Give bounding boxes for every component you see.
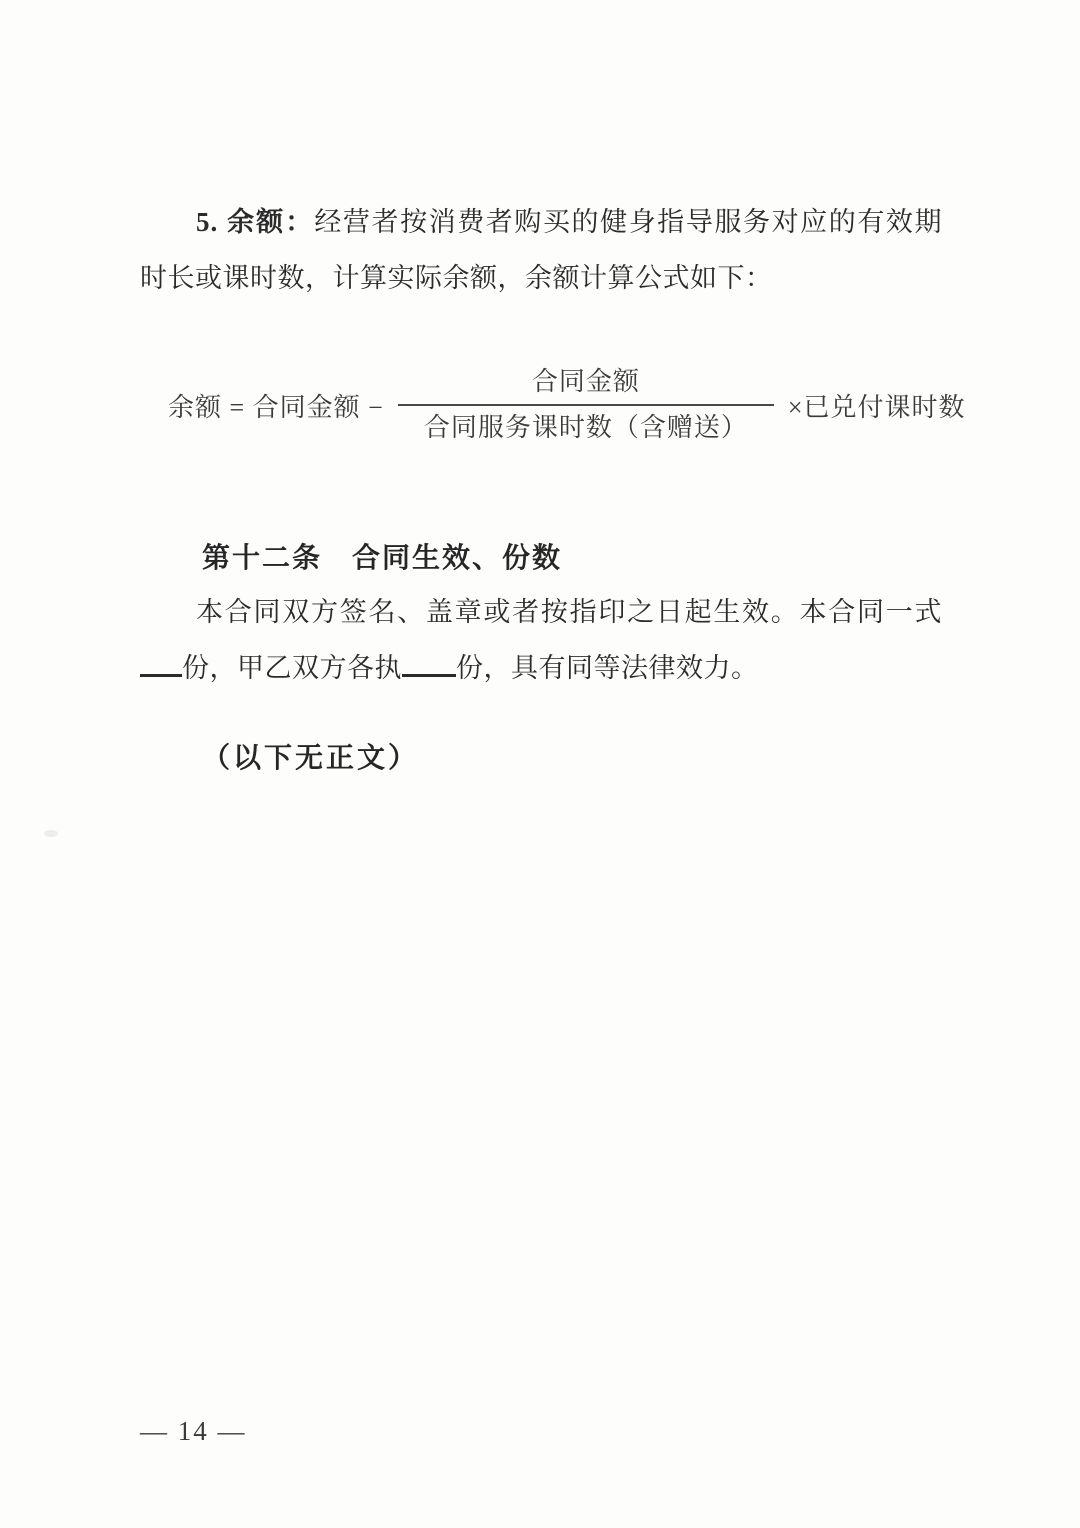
formula-fraction: 合同金额 合同服务课时数（含赠送） [398,360,774,450]
scan-artifact [44,830,58,837]
article-12-sentence-part-2: 份，甲乙双方各执 [182,653,402,683]
article-12-sentence-part-3: 份，具有同等法律效力。 [456,653,759,683]
blank-line-total-copies [140,653,182,677]
document-page: 5. 余额：经营者按消费者购买的健身指导服务对应的有效期时长或课时数，计算实际余… [0,0,1080,1528]
formula-numerator: 合同金额 [506,360,666,404]
page-number: — 14 — [140,1416,247,1446]
balance-term-label: 5. 余额： [196,207,314,237]
formula-denominator: 合同服务课时数（含赠送） [398,406,774,450]
balance-formula: 余额 = 合同金额 − 合同金额 合同服务课时数（含赠送） ×已兑付课时数 [140,360,942,450]
paragraph-balance-definition: 5. 余额：经营者按消费者购买的健身指导服务对应的有效期时长或课时数，计算实际余… [140,194,942,306]
closing-note: （以下无正文） [140,738,942,780]
article-12-heading: 第十二条 合同生效、份数 [140,538,942,580]
page-footer: — 14 — [140,1410,247,1452]
formula-right-side: ×已兑付课时数 [788,387,966,424]
blank-line-copies-each-party [402,653,456,677]
formula-left-side: 余额 = 合同金额 − [168,387,384,424]
article-12-sentence-part-1: 本合同双方签名、盖章或者按指印之日起生效。本合同一式 [196,597,942,627]
article-12-body: 本合同双方签名、盖章或者按指印之日起生效。本合同一式份，甲乙双方各执份，具有同等… [140,584,942,696]
